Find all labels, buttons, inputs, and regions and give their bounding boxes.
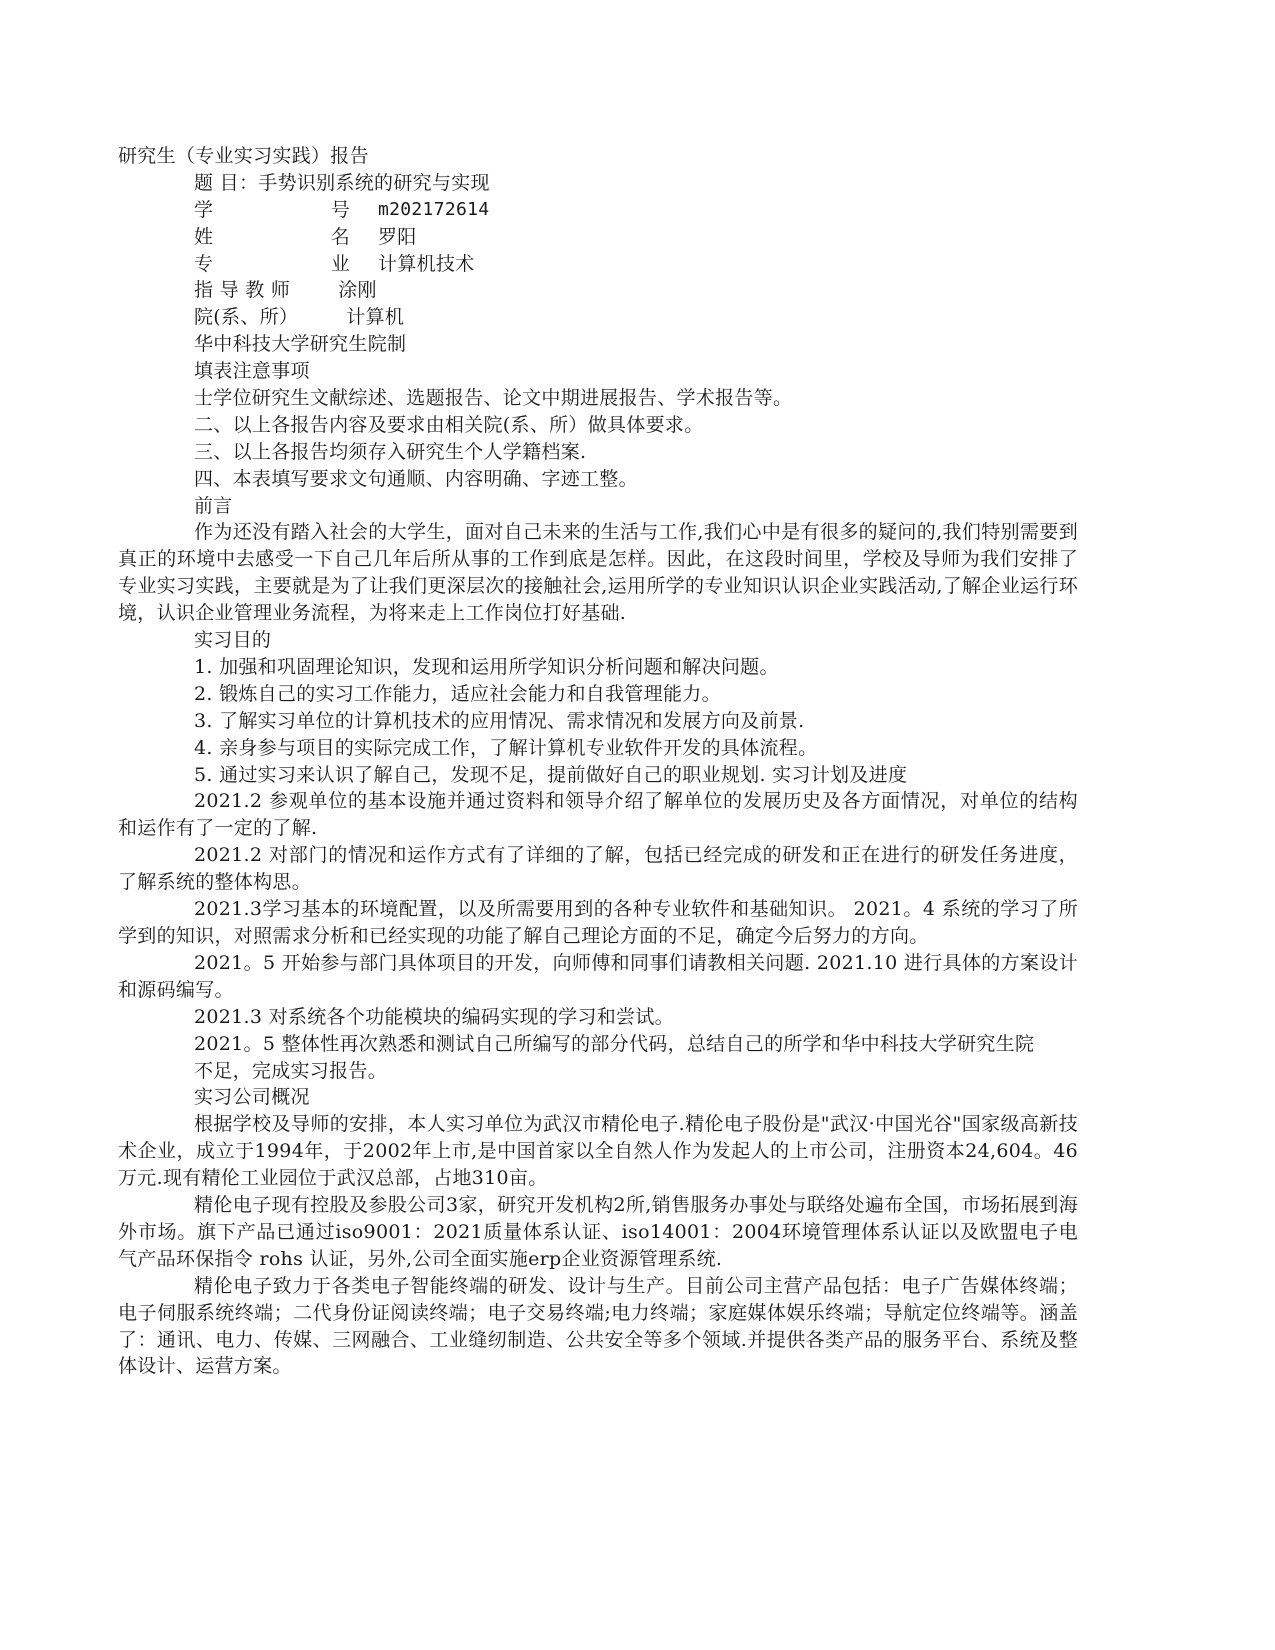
- name-label: 姓 名: [194, 224, 350, 251]
- preface-heading: 前言: [118, 493, 1078, 520]
- company-paragraph: 根据学校及导师的安排，本人实习单位为武汉市精伦电子.精伦电子股份是"武汉·中国光…: [118, 1111, 1078, 1192]
- company-paragraph: 精伦电子致力于各类电子智能终端的研发、设计与生产。目前公司主营产品包括：电子广告…: [118, 1273, 1078, 1381]
- advisor-row: 指 导 教 师 涂刚: [118, 277, 1078, 304]
- student-id-label: 学 号: [194, 197, 350, 224]
- schedule-tail: 不足，完成实习报告。: [118, 1058, 1078, 1085]
- name-row: 姓 名 罗阳: [118, 224, 1078, 251]
- issuer-line: 华中科技大学研究生院制: [118, 331, 1078, 358]
- student-id-row: 学 号 m202172614: [118, 197, 1078, 224]
- document-page: 研究生（专业实习实践）报告 题 目：手势识别系统的研究与实现 学 号 m2021…: [118, 143, 1078, 1380]
- purpose-item: 3. 了解实习单位的计算机技术的应用情况、需求情况和发展方向及前景.: [118, 708, 1078, 735]
- department-row: 院(系、所） 计算机: [118, 304, 1078, 331]
- note-item: 士学位研究生文献综述、选题报告、论文中期进展报告、学术报告等。: [118, 385, 1078, 412]
- notes-heading: 填表注意事项: [118, 358, 1078, 385]
- purpose-item: 4. 亲身参与项目的实际完成工作，了解计算机专业软件开发的具体流程。: [118, 735, 1078, 762]
- department-label: 院(系、所）: [194, 304, 298, 331]
- major-label: 专 业: [194, 251, 350, 278]
- purpose-item: 2. 锻炼自己的实习工作能力，适应社会能力和自我管理能力。: [118, 681, 1078, 708]
- department-value: 计算机: [346, 304, 404, 331]
- schedule-entry: 2021.2 对部门的情况和运作方式有了详细的了解，包括已经完成的研发和正在进行…: [118, 842, 1078, 896]
- document-title: 研究生（专业实习实践）报告: [118, 143, 1078, 170]
- purpose-item: 1. 加强和巩固理论知识，发现和运用所学知识分析问题和解决问题。: [118, 654, 1078, 681]
- purpose-item: 5. 通过实习来认识了解自己，发现不足，提前做好自己的职业规划. 实习计划及进度: [118, 762, 1078, 789]
- advisor-value: 涂刚: [338, 277, 377, 304]
- schedule-entry: 2021.3学习基本的环境配置，以及所需要用到的各种专业软件和基础知识。 202…: [118, 896, 1078, 950]
- note-item: 三、以上各报告均须存入研究生个人学籍档案.: [118, 439, 1078, 466]
- name-value: 罗阳: [378, 224, 417, 251]
- major-value: 计算机技术: [378, 251, 475, 278]
- schedule-entry: 2021.3 对系统各个功能模块的编码实现的学习和尝试。: [118, 1004, 1078, 1031]
- purpose-heading: 实习目的: [118, 627, 1078, 654]
- preface-paragraph: 作为还没有踏入社会的大学生，面对自己未来的生活与工作,我们心中是有很多的疑问的,…: [118, 519, 1078, 627]
- company-paragraph: 精伦电子现有控股及参股公司3家，研究开发机构2所,销售服务办事处与联络处遍布全国…: [118, 1192, 1078, 1273]
- schedule-entry: 2021.2 参观单位的基本设施并通过资料和领导介绍了解单位的发展历史及各方面情…: [118, 788, 1078, 842]
- company-heading: 实习公司概况: [118, 1084, 1078, 1111]
- major-row: 专 业 计算机技术: [118, 251, 1078, 278]
- topic-label: 题 目：: [194, 172, 258, 194]
- schedule-entry: 2021。5 整体性再次熟悉和测试自己所编写的部分代码，总结自己的所学和华中科技…: [118, 1031, 1078, 1058]
- note-item: 四、本表填写要求文句通顺、内容明确、字迹工整。: [118, 466, 1078, 493]
- schedule-entry: 2021。5 开始参与部门具体项目的开发，向师傅和同事们请教相关问题. 2021…: [118, 950, 1078, 1004]
- advisor-label: 指 导 教 师: [194, 277, 290, 304]
- student-id-value: m202172614: [378, 197, 489, 224]
- note-item: 二、以上各报告内容及要求由相关院(系、所）做具体要求。: [118, 412, 1078, 439]
- topic-value: 手势识别系统的研究与实现: [258, 172, 490, 194]
- topic-row: 题 目：手势识别系统的研究与实现: [118, 170, 1078, 197]
